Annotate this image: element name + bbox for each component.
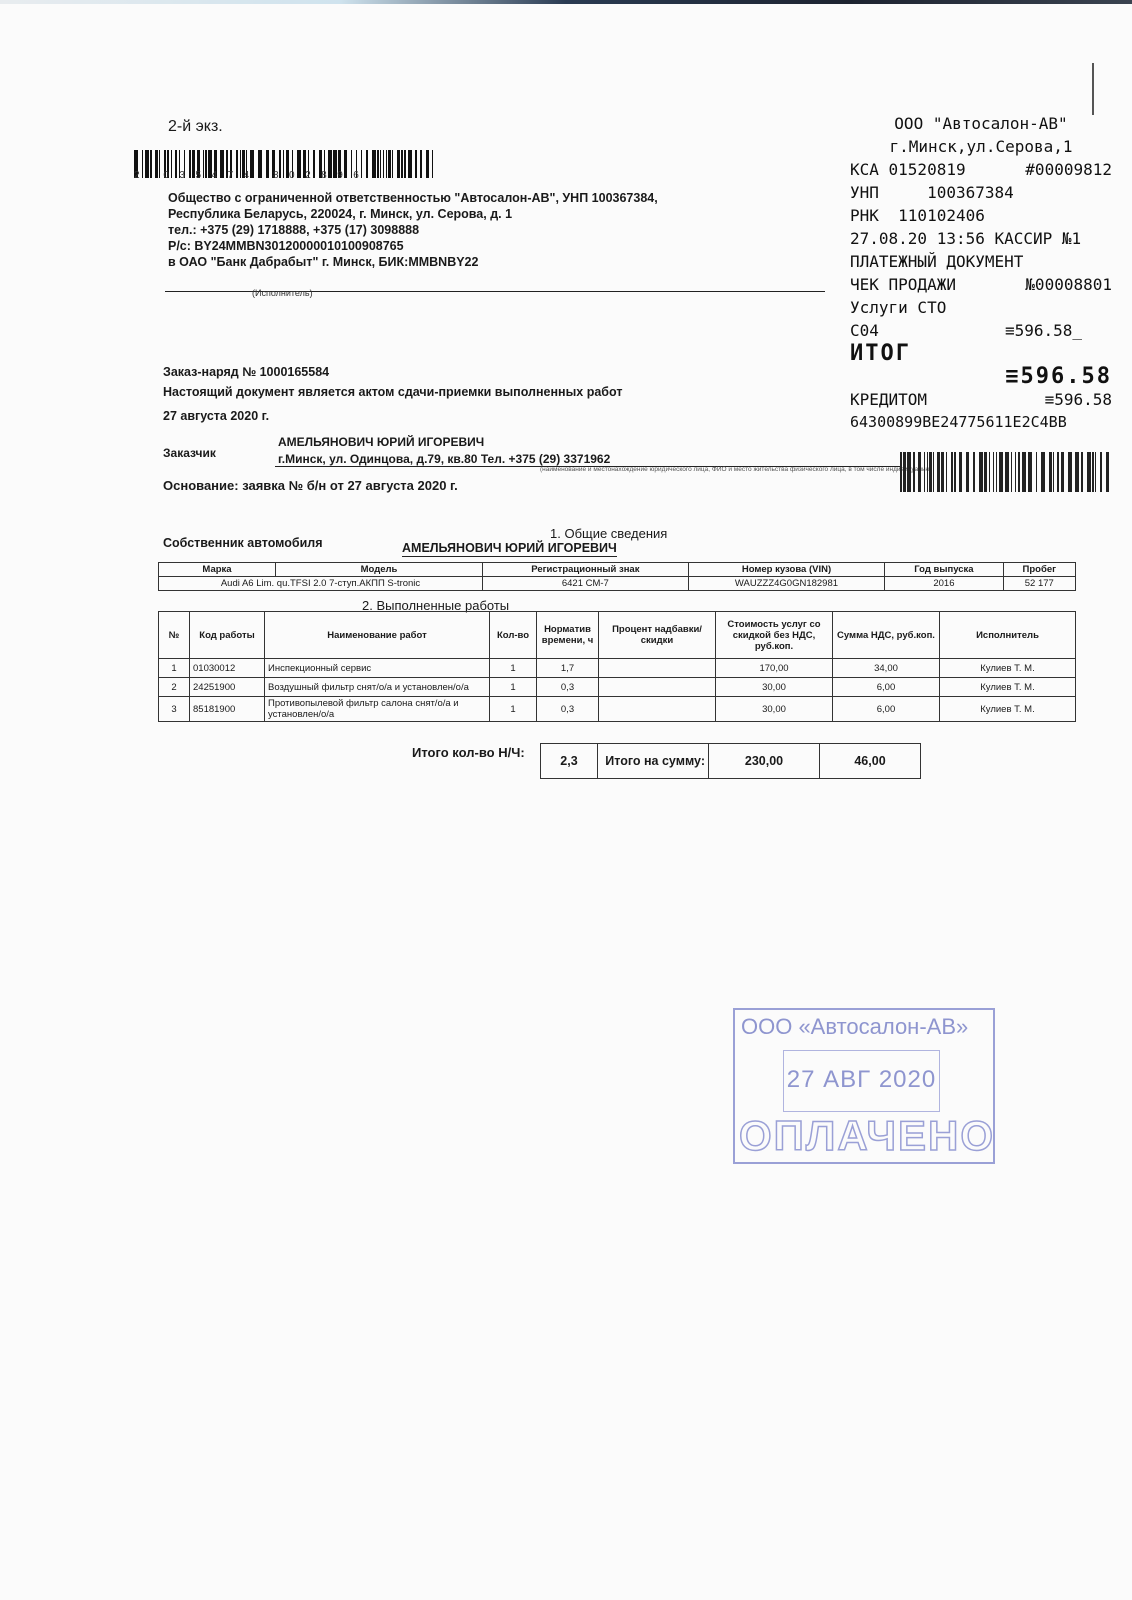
year: 2016 bbox=[885, 577, 1003, 591]
cell-cost: 170,00 bbox=[716, 659, 833, 678]
cell-vat: 6,00 bbox=[833, 697, 940, 722]
basis: Основание: заявка № б/н от 27 августа 20… bbox=[163, 478, 458, 493]
mileage: 52 177 bbox=[1003, 577, 1075, 591]
table-row: 385181900Противопылевой фильтр салона сн… bbox=[159, 697, 1076, 722]
header-qty: Кол-во bbox=[490, 612, 537, 659]
table-row: 101030012Инспекционный сервис11,7170,003… bbox=[159, 659, 1076, 678]
total-hours: 2,3 bbox=[541, 744, 598, 779]
make-model: Audi A6 Lim. qu.TFSI 2.0 7-ступ.АКПП S-t… bbox=[159, 577, 483, 591]
customer-label: Заказчик bbox=[163, 446, 216, 460]
owner-name: АМЕЛЬЯНОВИЧ ЮРИЙ ИГОРЕВИЧ bbox=[402, 541, 617, 557]
cell-cost: 30,00 bbox=[716, 678, 833, 697]
executor-details: Общество с ограниченной ответственностью… bbox=[168, 190, 658, 270]
receipt-ksa-no: #00009812 bbox=[1025, 158, 1112, 181]
vehicle-table: Марка Модель Регистрационный знак Номер … bbox=[158, 562, 1076, 591]
header-worker: Исполнитель bbox=[940, 612, 1076, 659]
cell-code: 24251900 bbox=[190, 678, 265, 697]
header-code: Код работы bbox=[190, 612, 265, 659]
cell-n: 3 bbox=[159, 697, 190, 722]
header-model: Модель bbox=[276, 563, 483, 577]
total-hours-label: Итого кол-во Н/Ч: bbox=[412, 745, 525, 760]
cell-code: 01030012 bbox=[190, 659, 265, 678]
paid-stamp: ООО «Автосалон-АВ» 27 АВГ 2020 ОПЛАЧЕНО bbox=[733, 1008, 995, 1164]
scan-mark bbox=[1092, 63, 1094, 115]
order-number: Заказ-наряд № 1000165584 bbox=[163, 362, 622, 382]
cell-hours: 0,3 bbox=[537, 678, 599, 697]
owner-label: Собственник автомобиля bbox=[163, 536, 323, 550]
receipt-item-code: С04 bbox=[850, 319, 879, 342]
cell-name: Инспекционный сервис bbox=[265, 659, 490, 678]
stamp-status: ОПЛАЧЕНО bbox=[739, 1112, 995, 1160]
header-vat: Сумма НДС, руб.коп. bbox=[833, 612, 940, 659]
stamp-date-box: 27 АВГ 2020 bbox=[783, 1050, 940, 1112]
header-hours: Норматив времени, ч bbox=[537, 612, 599, 659]
executor-role-label: (Исполнитель) bbox=[252, 288, 313, 298]
receipt-item-amount: ≡596.58_ bbox=[1005, 319, 1082, 342]
total-vat: 46,00 bbox=[820, 744, 921, 779]
receipt-credit: ≡596.58 bbox=[1045, 388, 1112, 411]
receipt-total-label: ИТОГ bbox=[850, 342, 1112, 365]
receipt-service: Услуги СТО bbox=[850, 296, 946, 319]
receipt-hash: 64300899BE24775611E2C4BB bbox=[850, 411, 1067, 434]
receipt-credit-label: КРЕДИТОМ bbox=[850, 388, 927, 411]
cell-n: 1 bbox=[159, 659, 190, 678]
order-date: 27 августа 2020 г. bbox=[163, 406, 622, 426]
total-cost: 230,00 bbox=[709, 744, 820, 779]
section1-title: 1. Общие сведения bbox=[550, 526, 667, 541]
cell-code: 85181900 bbox=[190, 697, 265, 722]
cell-name: Воздушный фильтр снят/о/а и установлен/о… bbox=[265, 678, 490, 697]
cell-name: Противопылевой фильтр салона снят/о/а и … bbox=[265, 697, 490, 722]
stamp-date: 27 АВГ 2020 bbox=[784, 1066, 939, 1094]
order-block: Заказ-наряд № 1000165584 Настоящий докум… bbox=[163, 362, 622, 426]
header-reg: Регистрационный знак bbox=[483, 563, 689, 577]
receipt-total: ≡596.58 bbox=[850, 365, 1112, 388]
receipt-rnk: РНК 110102406 bbox=[850, 204, 985, 227]
copy-label: 2-й экз. bbox=[168, 118, 223, 136]
order-statement: Настоящий документ является актом сдачи-… bbox=[163, 382, 622, 402]
receipt-check-label: ЧЕК ПРОДАЖИ bbox=[850, 273, 956, 296]
cell-vat: 34,00 bbox=[833, 659, 940, 678]
header-make: Марка bbox=[159, 563, 276, 577]
receipt-barcode-icon bbox=[900, 452, 1110, 492]
barcode-digits: 2 035474 802896 bbox=[134, 170, 369, 181]
header-name: Наименование работ bbox=[265, 612, 490, 659]
cell-worker: Кулиев Т. М. bbox=[940, 697, 1076, 722]
cell-worker: Кулиев Т. М. bbox=[940, 678, 1076, 697]
header-year: Год выпуска bbox=[885, 563, 1003, 577]
header-cost: Стоимость услуг со скидкой без НДС, руб.… bbox=[716, 612, 833, 659]
header-mileage: Пробег bbox=[1003, 563, 1075, 577]
cell-qty: 1 bbox=[490, 678, 537, 697]
cash-receipt: ООО "Автосалон-АВ" г.Минск,ул.Серова,1 К… bbox=[850, 112, 1112, 434]
executor-line: Р/с: BY24MMBN30120000010100908765 bbox=[168, 238, 658, 254]
customer-note: (наименование и местонахождение юридичес… bbox=[540, 466, 929, 473]
table-row: 224251900Воздушный фильтр снят/о/а и уст… bbox=[159, 678, 1076, 697]
receipt-ksa: КСА 01520819 bbox=[850, 158, 966, 181]
cell-hours: 1,7 bbox=[537, 659, 599, 678]
cell-hours: 0,3 bbox=[537, 697, 599, 722]
receipt-unp: УНП 100367384 bbox=[850, 181, 1014, 204]
cell-worker: Кулиев Т. М. bbox=[940, 659, 1076, 678]
customer-name: АМЕЛЬЯНОВИЧ ЮРИЙ ИГОРЕВИЧ bbox=[278, 435, 484, 449]
cell-qty: 1 bbox=[490, 697, 537, 722]
customer-address: г.Минск, ул. Одинцова, д.79, кв.80 Тел. … bbox=[278, 452, 610, 466]
cell-pct bbox=[599, 659, 716, 678]
works-table: № Код работы Наименование работ Кол-во Н… bbox=[158, 611, 1076, 722]
totals-table: 2,3 Итого на сумму: 230,00 46,00 bbox=[540, 743, 921, 779]
cell-pct bbox=[599, 678, 716, 697]
receipt-datetime: 27.08.20 13:56 КАССИР №1 bbox=[850, 227, 1081, 250]
cell-vat: 6,00 bbox=[833, 678, 940, 697]
total-sum-label: Итого на сумму: bbox=[598, 744, 709, 779]
cell-qty: 1 bbox=[490, 659, 537, 678]
header-pct: Процент надбавки/скидки bbox=[599, 612, 716, 659]
executor-line: Республика Беларусь, 220024, г. Минск, у… bbox=[168, 206, 658, 222]
reg-number: 6421 CM-7 bbox=[483, 577, 689, 591]
cell-pct bbox=[599, 697, 716, 722]
receipt-company: ООО "Автосалон-АВ" bbox=[850, 112, 1112, 135]
scan-edge bbox=[0, 0, 1132, 4]
executor-line: тел.: +375 (29) 1718888, +375 (17) 30988… bbox=[168, 222, 658, 238]
receipt-doc-type: ПЛАТЕЖНЫЙ ДОКУМЕНТ bbox=[850, 250, 1023, 273]
header-vin: Номер кузова (VIN) bbox=[688, 563, 885, 577]
executor-line: Общество с ограниченной ответственностью… bbox=[168, 190, 658, 206]
executor-line: в ОАО "Банк Дабрабыт" г. Минск, БИК:MMBN… bbox=[168, 254, 658, 270]
receipt-check-no: №00008801 bbox=[1025, 273, 1112, 296]
cell-n: 2 bbox=[159, 678, 190, 697]
vin: WAUZZZ4G0GN182981 bbox=[688, 577, 885, 591]
receipt-address: г.Минск,ул.Серова,1 bbox=[850, 135, 1112, 158]
cell-cost: 30,00 bbox=[716, 697, 833, 722]
header-n: № bbox=[159, 612, 190, 659]
stamp-company: ООО «Автосалон-АВ» bbox=[741, 1014, 968, 1040]
